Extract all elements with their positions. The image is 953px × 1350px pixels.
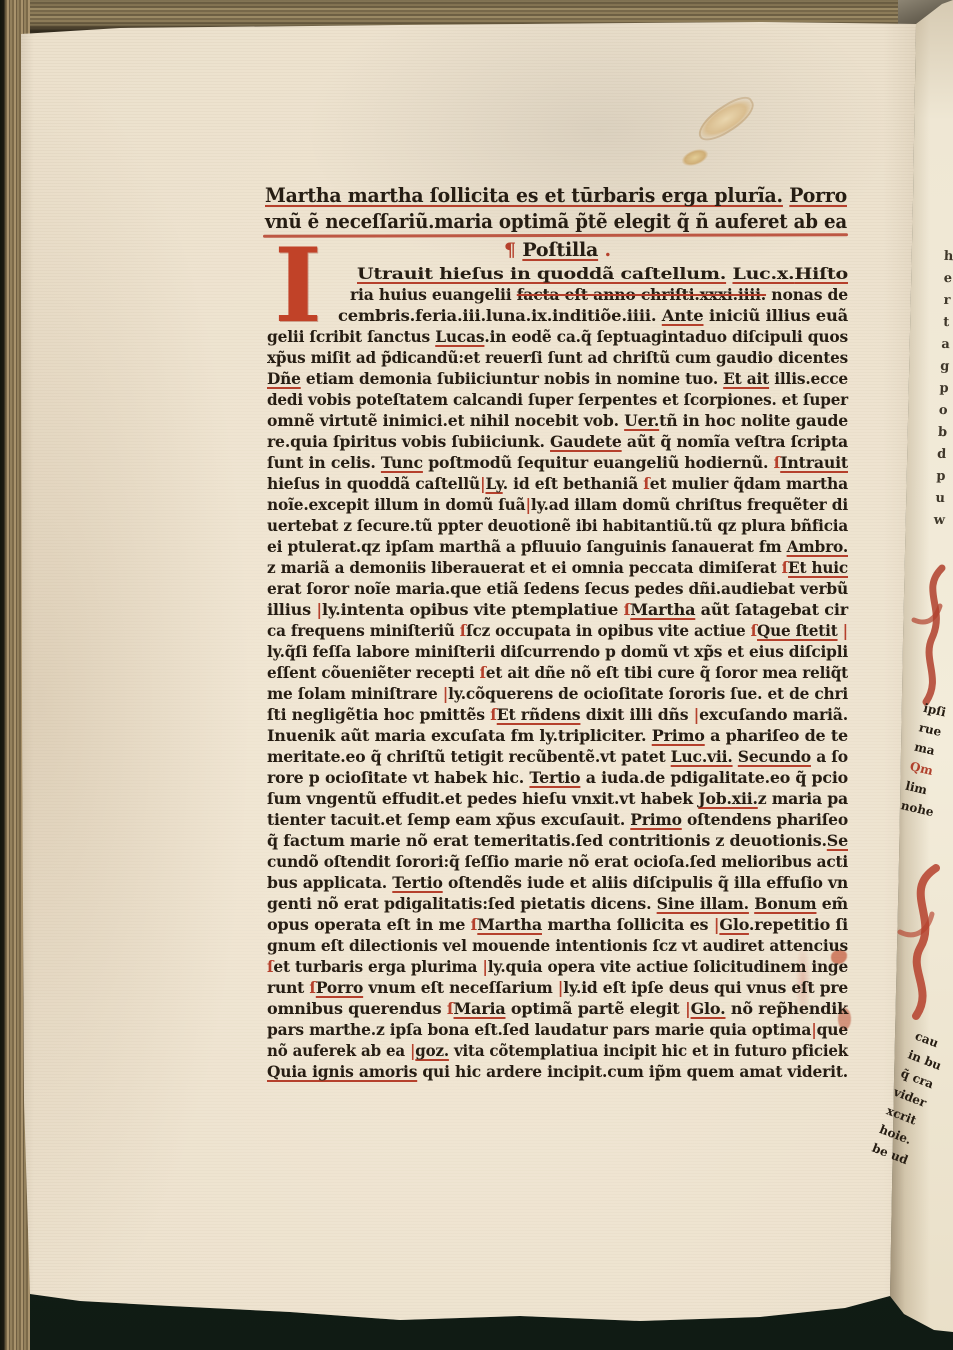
- text-line: ¶ Poſtilla .: [267, 239, 848, 264]
- text-line: hieſus in quoddã caſtellũ|Ly. id eſt bet…: [267, 474, 848, 495]
- text-line: omnibus querendus ſMaria optimã partẽ el…: [267, 999, 848, 1020]
- text-column: ¶ Poſtilla .Utrauit hieſus in quoddã caſ…: [267, 239, 848, 1083]
- text-line: pars marthe.z ipſa bona eſt.ſed laudatur…: [267, 1020, 848, 1041]
- fragment: a: [934, 334, 953, 357]
- text-line: Dñe etiam demonia ſubiiciuntur nobis in …: [267, 369, 848, 390]
- text-line: re.quia ſpiritus vobis ſubiiciunk. Gaude…: [267, 432, 848, 453]
- text-line: uertebat z ſecure.tũ ppter deuotionẽ ibi…: [267, 516, 848, 537]
- text-line: ſti negligẽtia hoc pmittẽs ſEt rñdens di…: [267, 705, 848, 726]
- text-line: ſum vngentũ effudit.et pedes hieſu vnxit…: [267, 789, 848, 810]
- text-line: runt ſPorro vnum eſt neceſſarium |ly.id …: [267, 978, 848, 999]
- incipit-header: Martha martha ſollicita es et tūrbaris e…: [265, 184, 847, 236]
- text-line: Inuenik aũt maria excuſata fm ly.triplic…: [267, 726, 848, 747]
- text-line: vnũ ẽ neceſſariũ.maria optimã p̃tẽ elegi…: [265, 210, 847, 236]
- text-line: ſunt in celis. Tunc poſtmodũ ſequitur eu…: [267, 453, 848, 474]
- text-line: nõ auferek ab ea |goz. vita cõtemplatiua…: [267, 1041, 848, 1062]
- text-line: q̃ factum marie nõ erat temeritatis.ſed …: [267, 831, 848, 852]
- text-line: tienter tacuit.et ſemp eam xp̃us excuſau…: [267, 810, 848, 831]
- text-line: Quia ignis amoris qui hic ardere incipit…: [267, 1062, 848, 1083]
- text-line: ſet turbaris erga plurima |ly.quia opera…: [267, 957, 848, 978]
- facing-page-initial-fragment: [902, 560, 952, 710]
- text-line: opus operata eſt in me ſMartha martha ſo…: [267, 915, 848, 936]
- text-line: dedi vobis poteſtatem calcandi ſuper ſer…: [267, 390, 848, 411]
- fragment: d: [930, 444, 953, 467]
- text-line: ca frequens miniſteriũ ſſcz occupata in …: [267, 621, 848, 642]
- text-line: Utrauit hieſus in quoddã caſtellum. Luc.…: [267, 264, 848, 285]
- text-line: gelii ſcribit ſanctus Lucas.in eodẽ ca.q…: [267, 327, 848, 348]
- text-line: erat ſoror noĩe maria.que etiã ſedens ſe…: [267, 579, 848, 600]
- fragment: p: [930, 466, 953, 489]
- text-line: Martha martha ſollicita es et tūrbaris e…: [265, 184, 847, 210]
- fragment: h: [937, 246, 953, 269]
- fragment: r: [936, 290, 953, 313]
- fragment: u: [929, 488, 952, 511]
- text-line: eſſent cõueniẽter recepti ſet ait dñe nõ…: [267, 663, 848, 684]
- text-line: illius |ly.intenta opibus vite ptemplati…: [267, 600, 848, 621]
- text-line: ria huius euangelii facta eſt anno chriſ…: [267, 285, 848, 306]
- text-line: omnẽ virtutẽ inimici.et nihil nocebit vo…: [267, 411, 848, 432]
- text-line: cembris.feria.iii.luna.ix.inditiõe.iiii.…: [267, 306, 848, 327]
- fragment: b: [931, 422, 953, 445]
- text-line: z mariã a demoniis liberauerat et ei omn…: [267, 558, 848, 579]
- book-photograph: I Martha martha ſollicita es et tūrbaris…: [0, 0, 953, 1350]
- text-line: xp̃us miſit ad p̃dicandũ:et reuerſi ſunt…: [267, 348, 848, 369]
- text-line: me ſolam miniſtrare |ly.cõquerens de oci…: [267, 684, 848, 705]
- text-line: genti nõ erat pdigalitatis:ſed pietatis …: [267, 894, 848, 915]
- fragment: o: [932, 400, 953, 423]
- text-line: meritate.eo q̃ chriſtũ tetigit recũbentẽ…: [267, 747, 848, 768]
- fragment: w: [928, 510, 951, 533]
- text-line: ly.q̃ſi feſſa labore miniſterii diſcurre…: [267, 642, 848, 663]
- text-line: rore p ocioſitate vt habek hic. Tertio a…: [267, 768, 848, 789]
- fragment: g: [933, 356, 953, 379]
- text-line: cundõ oſtendit ſorori:q̃ ſeſſio marie nõ…: [267, 852, 848, 873]
- fragment: e: [936, 268, 953, 291]
- text-line: bus applicata. Tertio oſtendẽs iude et a…: [267, 873, 848, 894]
- text-line: gnum eſt dilectionis vel mouende intenti…: [267, 936, 848, 957]
- text-line: noĩe.excepit illum in domũ ſuã|ly.ad ill…: [267, 495, 848, 516]
- fragment: t: [935, 312, 953, 335]
- facing-page-initial-fragment: [886, 862, 948, 1022]
- fragment: p: [933, 378, 953, 401]
- text-line: ei ptulerat.qz ipſam marthã a pfluuio ſa…: [267, 537, 848, 558]
